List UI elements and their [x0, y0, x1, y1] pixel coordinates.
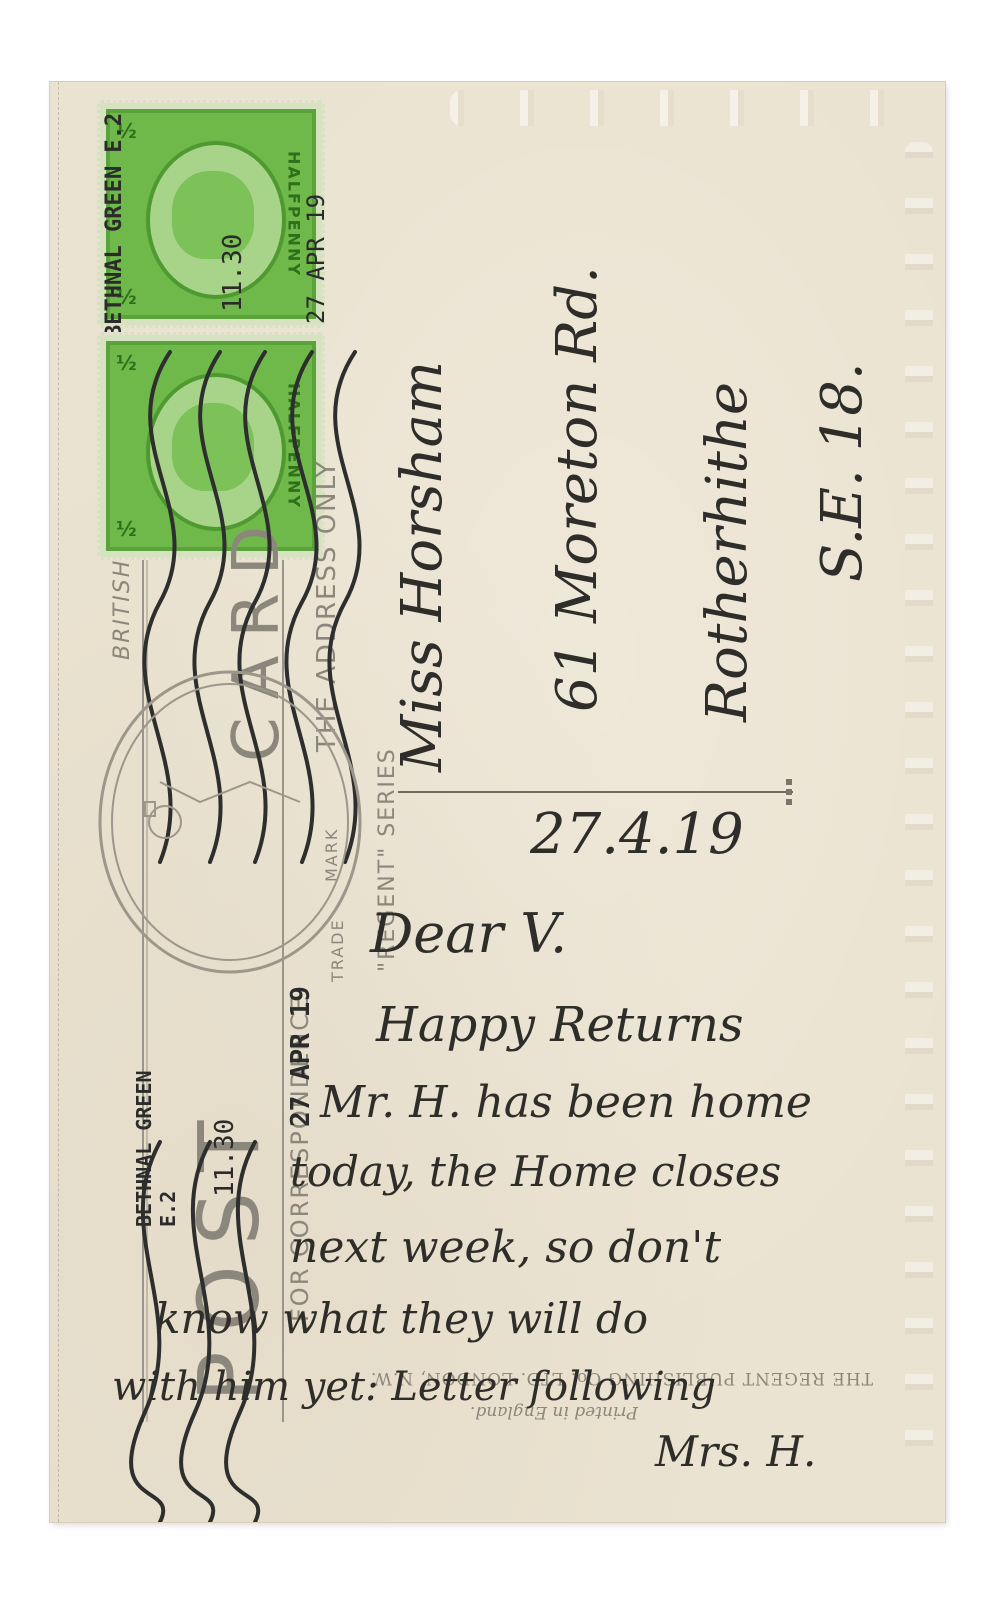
king-portrait-icon: [172, 403, 254, 491]
message-line: Mr. H. has been home: [320, 1077, 812, 1128]
embossed-border-top: [450, 90, 920, 126]
postmark-time: 11.30: [218, 172, 248, 312]
stamp-halfpenny-top: HALFPENNY ½ ½: [97, 100, 325, 328]
stamp-fraction: ½: [116, 517, 137, 541]
message-signature: Mrs. H.: [655, 1427, 816, 1476]
message-line: know what they will do: [155, 1294, 648, 1343]
printed-card: CARD: [220, 542, 294, 762]
embossed-border-right: [905, 142, 933, 1482]
trade-mark-label: MARK: [322, 802, 341, 882]
address-divider: [398, 791, 793, 793]
message-line: Happy Returns: [376, 997, 744, 1053]
stamp-design: HALFPENNY ½ ½: [106, 109, 316, 319]
postmark-office: BETHNAL GREEN E.2: [132, 1027, 180, 1227]
printed-british: BRITISH: [110, 550, 135, 660]
card-left-edge: [50, 82, 59, 1522]
message-date: 27.4.19: [530, 802, 744, 867]
postcard: HALFPENNY ½ ½ BETHNAL GREEN E.2 11.30 27…: [50, 82, 945, 1522]
stamp-fraction: ½: [116, 351, 137, 375]
address-line-postcode: S.E. 18.: [810, 282, 875, 582]
postmark-time: 11.30: [210, 1057, 240, 1197]
message-line: today, the Home closes: [290, 1147, 781, 1196]
address-line-name: Miss Horsham: [390, 252, 455, 772]
address-line-street: 61 Moreton Rd.: [545, 192, 610, 712]
message-line: next week, so don't: [290, 1222, 721, 1273]
postmark-date: 27 APR 19: [286, 937, 316, 1127]
postmark-office: BETHNAL GREEN E.2: [102, 98, 127, 338]
postmark-date: 27 APR 19: [302, 104, 330, 324]
printed-address-only: THE ADDRESS ONLY: [312, 352, 342, 752]
message-line: with him yet: Letter following: [112, 1364, 716, 1410]
trade-mark-label: TRADE: [328, 902, 347, 982]
address-line-district: Rotherhithe: [695, 212, 760, 722]
message-salutation: Dear V.: [370, 902, 567, 965]
divider-dots: [782, 775, 796, 815]
